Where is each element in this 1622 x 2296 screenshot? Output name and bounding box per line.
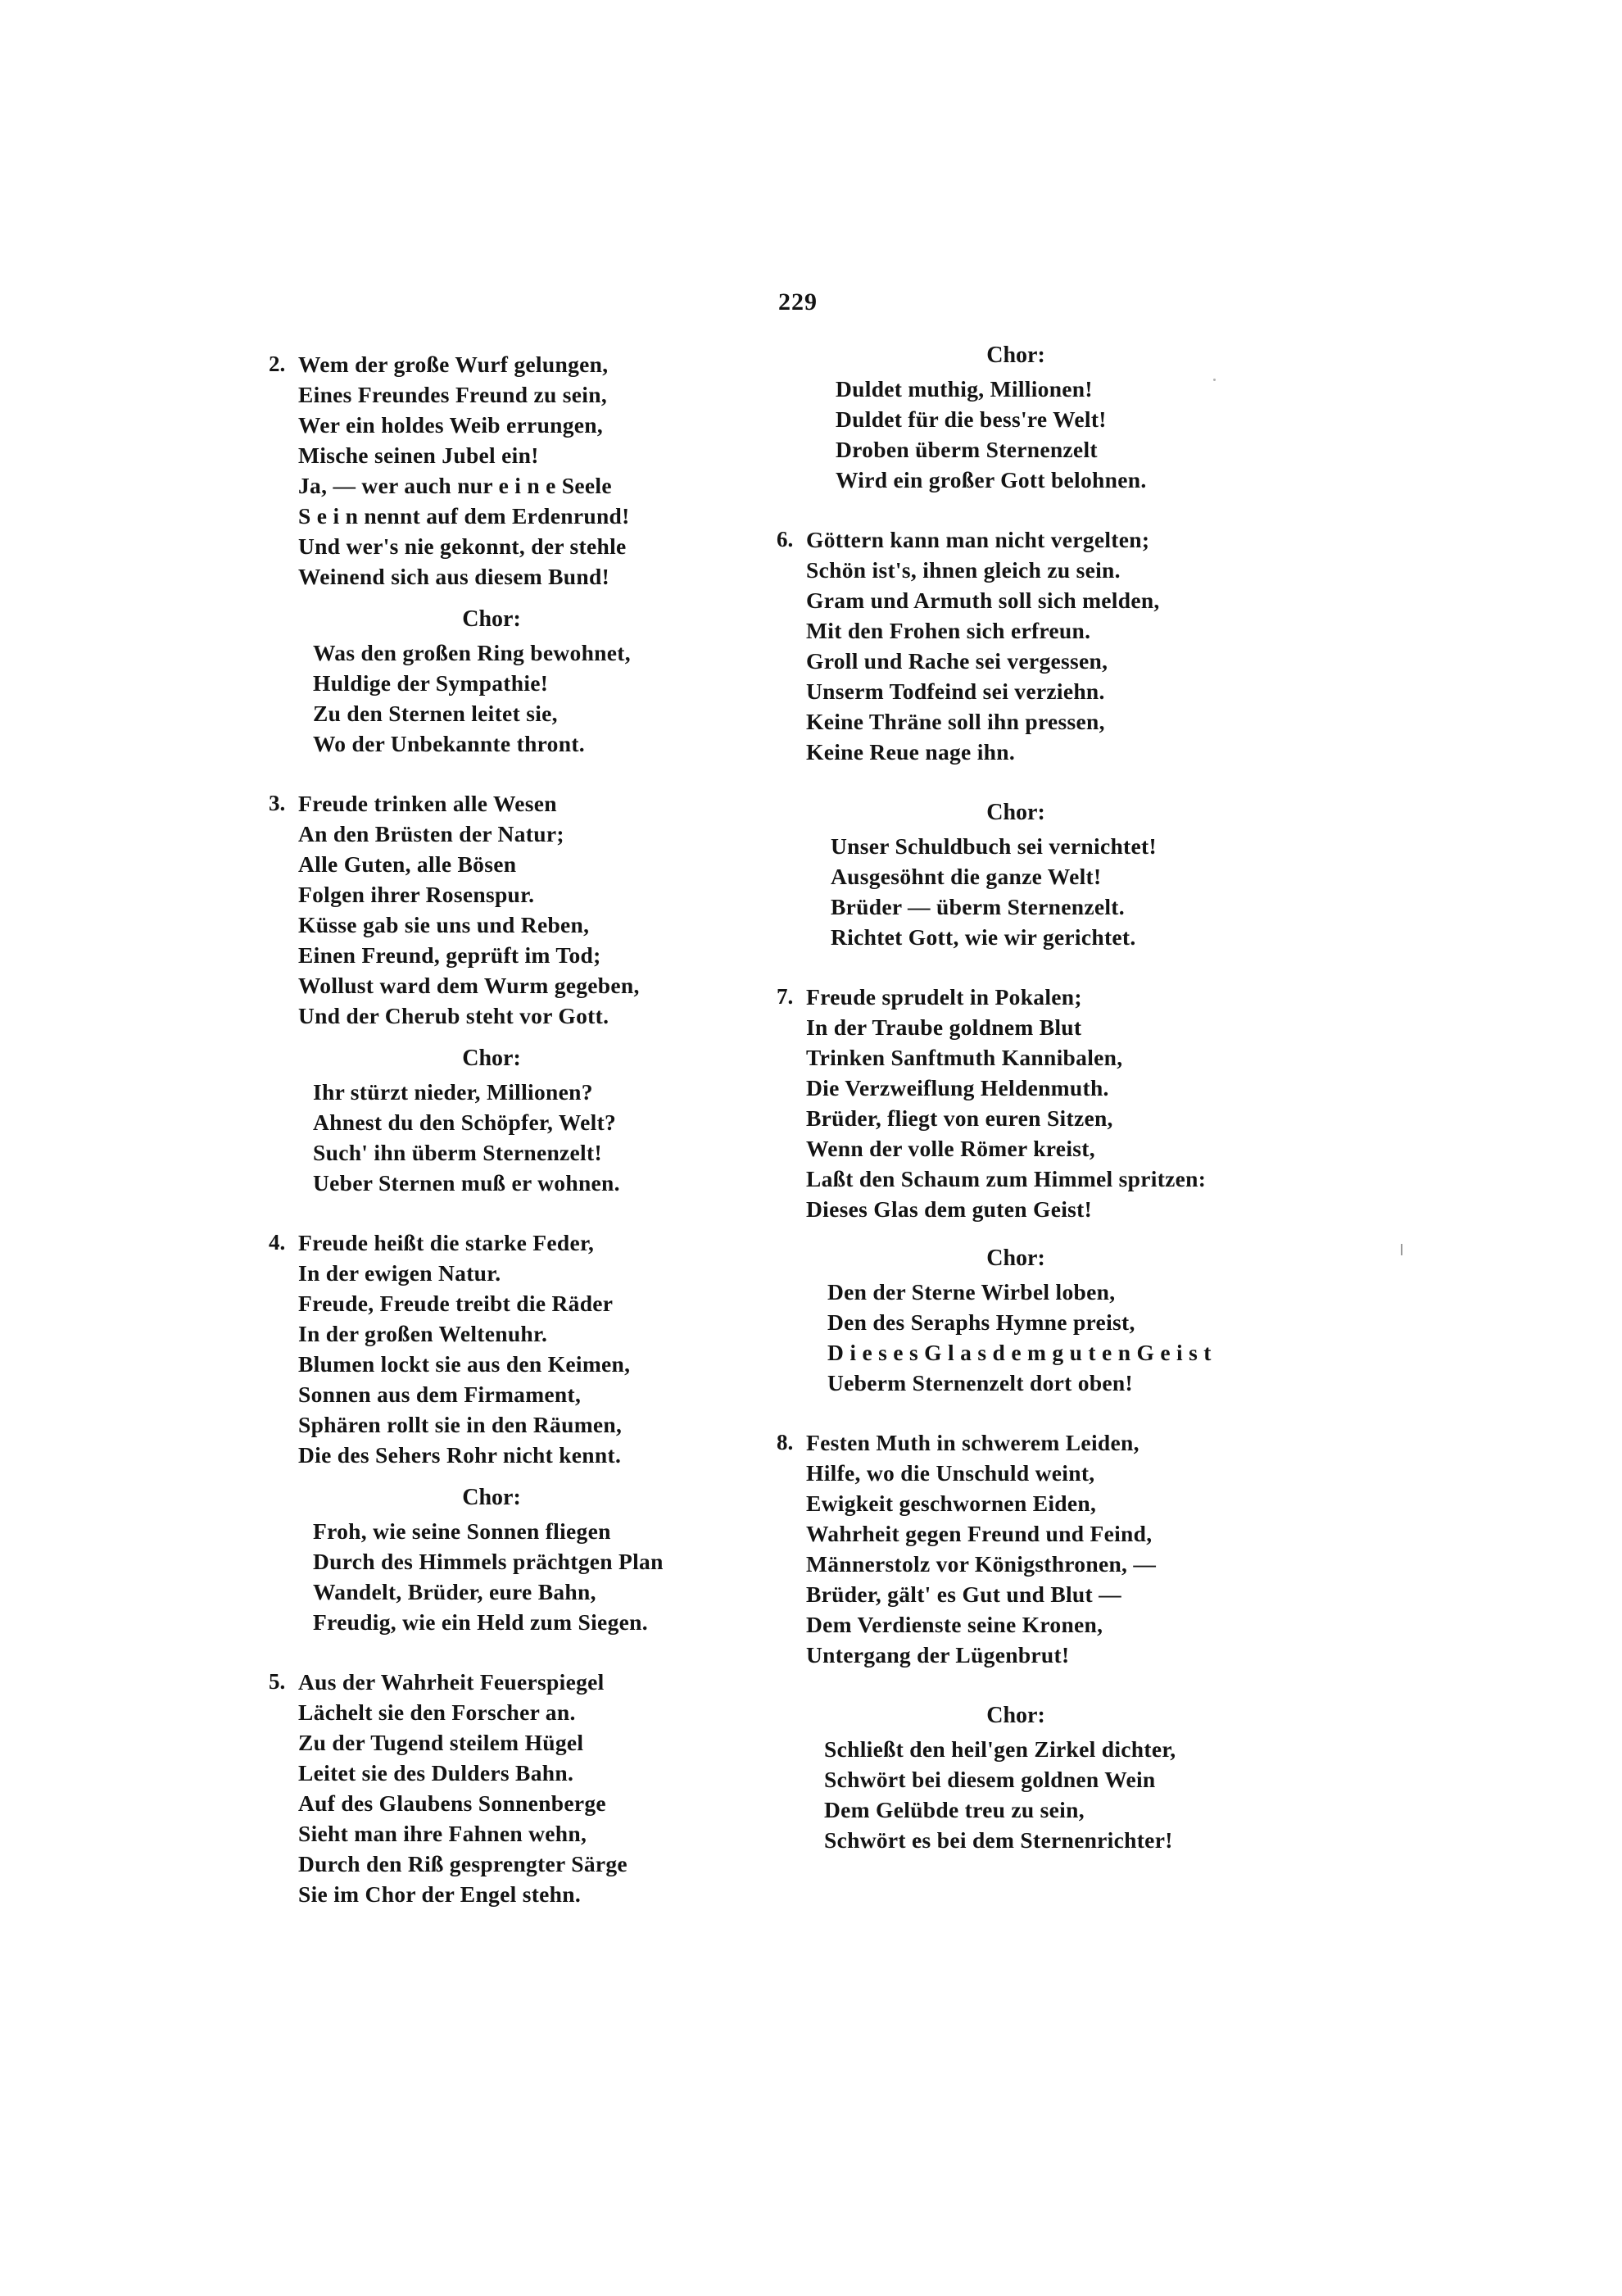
- verse-line: Freude trinken alle Wesen: [298, 788, 737, 819]
- verse-line: Männerstolz vor Königsthronen, —: [806, 1549, 1278, 1579]
- verse-line: Brüder, fliegt von euren Sitzen,: [806, 1103, 1278, 1133]
- verse-line: Groll und Rache sei vergessen,: [806, 646, 1278, 676]
- stanza-5: 5. Aus der Wahrheit Feuerspiegel Lächelt…: [246, 1667, 737, 1909]
- stanza-number: 3.: [269, 788, 285, 819]
- verse-line: Keine Thräne soll ihn pressen,: [806, 706, 1278, 737]
- verse-line: Untergang der Lügenbrut!: [806, 1640, 1278, 1670]
- chorus-line: Such' ihn überm Sternenzelt!: [313, 1137, 737, 1168]
- stanza-number: 6.: [777, 524, 793, 555]
- stanza-number: 2.: [269, 349, 285, 379]
- verse-line: Weinend sich aus diesem Bund!: [298, 561, 737, 592]
- chorus-line: Duldet für die bess're Welt!: [836, 404, 1278, 434]
- verse-line: Mische seinen Jubel ein!: [298, 440, 737, 470]
- chorus-line: Durch des Himmels prächtgen Plan: [313, 1546, 737, 1577]
- chorus-7: Chor: Den der Sterne Wirbel loben, Den d…: [754, 1242, 1278, 1398]
- verse-line: Blumen lockt sie aus den Keimen,: [298, 1349, 737, 1379]
- chorus-line: Froh, wie seine Sonnen fliegen: [313, 1516, 737, 1546]
- verse-line: In der ewigen Natur.: [298, 1258, 737, 1288]
- chorus-line: Duldet muthig, Millionen!: [836, 374, 1278, 404]
- page-number: 229: [773, 288, 822, 316]
- stanza-6: 6. Göttern kann man nicht vergelten; Sch…: [754, 524, 1278, 767]
- verse-line: Wer ein holdes Weib errungen,: [298, 410, 737, 440]
- verse-line: Sieht man ihre Fahnen wehn,: [298, 1818, 737, 1849]
- chorus-line: Schwört bei diesem goldnen Wein: [824, 1764, 1278, 1795]
- chorus-line: Droben überm Sternenzelt: [836, 434, 1278, 465]
- chorus-line: Huldige der Sympathie!: [313, 668, 737, 698]
- verse-line: Laßt den Schaum zum Himmel spritzen:: [806, 1164, 1278, 1194]
- verse-line: Dem Verdienste seine Kronen,: [806, 1609, 1278, 1640]
- chorus-6: Chor: Unser Schuldbuch sei vernichtet! A…: [754, 796, 1278, 952]
- verse-line: Eines Freundes Freund zu sein,: [298, 379, 737, 410]
- chorus-3: Chor: Ihr stürzt nieder, Millionen? Ahne…: [246, 1042, 737, 1198]
- chorus-heading: Chor:: [754, 1699, 1278, 1732]
- verse-line: Mit den Frohen sich erfreun.: [806, 615, 1278, 646]
- verse-line: Alle Guten, alle Bösen: [298, 849, 737, 879]
- verse-line: Leitet sie des Dulders Bahn.: [298, 1758, 737, 1788]
- verse-line: Ewigkeit geschwornen Eiden,: [806, 1488, 1278, 1518]
- verse-line: Brüder, gält' es Gut und Blut —: [806, 1579, 1278, 1609]
- verse-line: Freude, Freude treibt die Räder: [298, 1288, 737, 1318]
- verse-line: Freude heißt die starke Feder,: [298, 1227, 737, 1258]
- chorus-line: Ueber Sternen muß er wohnen.: [313, 1168, 737, 1198]
- chorus-line: Brüder — überm Sternenzelt.: [831, 892, 1278, 922]
- verse-line: Freude sprudelt in Pokalen;: [806, 982, 1278, 1012]
- chorus-line: Schwört es bei dem Sternenrichter!: [824, 1825, 1278, 1855]
- chorus-heading: Chor:: [246, 603, 737, 636]
- chorus-2: Chor: Was den großen Ring bewohnet, Huld…: [246, 603, 737, 759]
- verse-line: Auf des Glaubens Sonnenberge: [298, 1788, 737, 1818]
- stanza-4: 4. Freude heißt die starke Feder, In der…: [246, 1227, 737, 1470]
- verse-line: Und der Cherub steht vor Gott.: [298, 1001, 737, 1031]
- stanza-8: 8. Festen Muth in schwerem Leiden, Hilfe…: [754, 1427, 1278, 1670]
- verse-line: Und wer's nie gekonnt, der stehle: [298, 531, 737, 561]
- chorus-4: Chor: Froh, wie seine Sonnen fliegen Dur…: [246, 1482, 737, 1637]
- chorus-heading: Chor:: [754, 796, 1278, 829]
- stanza-number: 7.: [777, 982, 793, 1012]
- verse-line: An den Brüsten der Natur;: [298, 819, 737, 849]
- chorus-8: Chor: Schließt den heil'gen Zirkel dicht…: [754, 1699, 1278, 1855]
- chorus-line: Richtet Gott, wie wir gerichtet.: [831, 922, 1278, 952]
- verse-line: Trinken Sanftmuth Kannibalen,: [806, 1042, 1278, 1073]
- verse-line: Sie im Chor der Engel stehn.: [298, 1879, 737, 1909]
- chorus-heading: Chor:: [246, 1042, 737, 1075]
- chorus-line: Ahnest du den Schöpfer, Welt?: [313, 1107, 737, 1137]
- verse-line: In der großen Weltenuhr.: [298, 1318, 737, 1349]
- chorus-line: Wandelt, Brüder, eure Bahn,: [313, 1577, 737, 1607]
- chorus-line: Ausgesöhnt die ganze Welt!: [831, 861, 1278, 892]
- stanza-number: 8.: [777, 1427, 793, 1458]
- verse-line: Festen Muth in schwerem Leiden,: [806, 1427, 1278, 1458]
- chorus-line: Freudig, wie ein Held zum Siegen.: [313, 1607, 737, 1637]
- chorus-line: Schließt den heil'gen Zirkel dichter,: [824, 1734, 1278, 1764]
- verse-line: Die des Sehers Rohr nicht kennt.: [298, 1440, 737, 1470]
- verse-line: Folgen ihrer Rosenspur.: [298, 879, 737, 910]
- stanza-number: 5.: [269, 1667, 285, 1697]
- scan-mark: [1401, 1244, 1402, 1255]
- verse-line: Sphären rollt sie in den Räumen,: [298, 1409, 737, 1440]
- verse-line: Sonnen aus dem Firmament,: [298, 1379, 737, 1409]
- right-column: Chor: Duldet muthig, Millionen! Duldet f…: [754, 349, 1278, 1855]
- verse-line: Die Verzweiflung Heldenmuth.: [806, 1073, 1278, 1103]
- stanza-7: 7. Freude sprudelt in Pokalen; In der Tr…: [754, 982, 1278, 1224]
- verse-line: Dieses Glas dem guten Geist!: [806, 1194, 1278, 1224]
- stanza-3: 3. Freude trinken alle Wesen An den Brüs…: [246, 788, 737, 1031]
- verse-line: Wollust ward dem Wurm gegeben,: [298, 970, 737, 1001]
- verse-line: Küsse gab sie uns und Reben,: [298, 910, 737, 940]
- stanza-2: 2. Wem der große Wurf gelungen, Eines Fr…: [246, 349, 737, 592]
- verse-line: Zu der Tugend steilem Hügel: [298, 1727, 737, 1758]
- verse-line: Hilfe, wo die Unschuld weint,: [806, 1458, 1278, 1488]
- verse-line: Einen Freund, geprüft im Tod;: [298, 940, 737, 970]
- chorus-line: Was den großen Ring bewohnet,: [313, 638, 737, 668]
- verse-line: Göttern kann man nicht vergelten;: [806, 524, 1278, 555]
- chorus-line: Unser Schuldbuch sei vernichtet!: [831, 831, 1278, 861]
- chorus-line: D i e s e s G l a s d e m g u t e n G e …: [827, 1337, 1278, 1368]
- verse-line: Keine Reue nage ihn.: [806, 737, 1278, 767]
- chorus-line: Den der Sterne Wirbel loben,: [827, 1277, 1278, 1307]
- verse-line: Wem der große Wurf gelungen,: [298, 349, 737, 379]
- chorus-line: Zu den Sternen leitet sie,: [313, 698, 737, 728]
- verse-line: Ja, — wer auch nur e i n e Seele: [298, 470, 737, 501]
- verse-line: Wahrheit gegen Freund und Feind,: [806, 1518, 1278, 1549]
- chorus-heading: Chor:: [754, 1242, 1278, 1275]
- stanza-number: 4.: [269, 1227, 285, 1258]
- verse-line: Lächelt sie den Forscher an.: [298, 1697, 737, 1727]
- verse-line: Aus der Wahrheit Feuerspiegel: [298, 1667, 737, 1697]
- chorus-heading: Chor:: [246, 1482, 737, 1514]
- verse-line: S e i n nennt auf dem Erdenrund!: [298, 501, 737, 531]
- verse-line: In der Traube goldnem Blut: [806, 1012, 1278, 1042]
- chorus-line: Dem Gelübde treu zu sein,: [824, 1795, 1278, 1825]
- chorus-line: Den des Seraphs Hymne preist,: [827, 1307, 1278, 1337]
- chorus-line: Wo der Unbekannte thront.: [313, 728, 737, 759]
- chorus-line: Ueberm Sternenzelt dort oben!: [827, 1368, 1278, 1398]
- chorus-heading: Chor:: [754, 339, 1278, 372]
- chorus-line: Wird ein großer Gott belohnen.: [836, 465, 1278, 495]
- chorus-5: Chor: Duldet muthig, Millionen! Duldet f…: [754, 339, 1278, 495]
- verse-line: Unserm Todfeind sei verziehn.: [806, 676, 1278, 706]
- left-column: 2. Wem der große Wurf gelungen, Eines Fr…: [246, 349, 737, 1909]
- verse-line: Schön ist's, ihnen gleich zu sein.: [806, 555, 1278, 585]
- verse-line: Gram und Armuth soll sich melden,: [806, 585, 1278, 615]
- verse-line: Durch den Riß gesprengter Särge: [298, 1849, 737, 1879]
- verse-line: Wenn der volle Römer kreist,: [806, 1133, 1278, 1164]
- chorus-line: Ihr stürzt nieder, Millionen?: [313, 1077, 737, 1107]
